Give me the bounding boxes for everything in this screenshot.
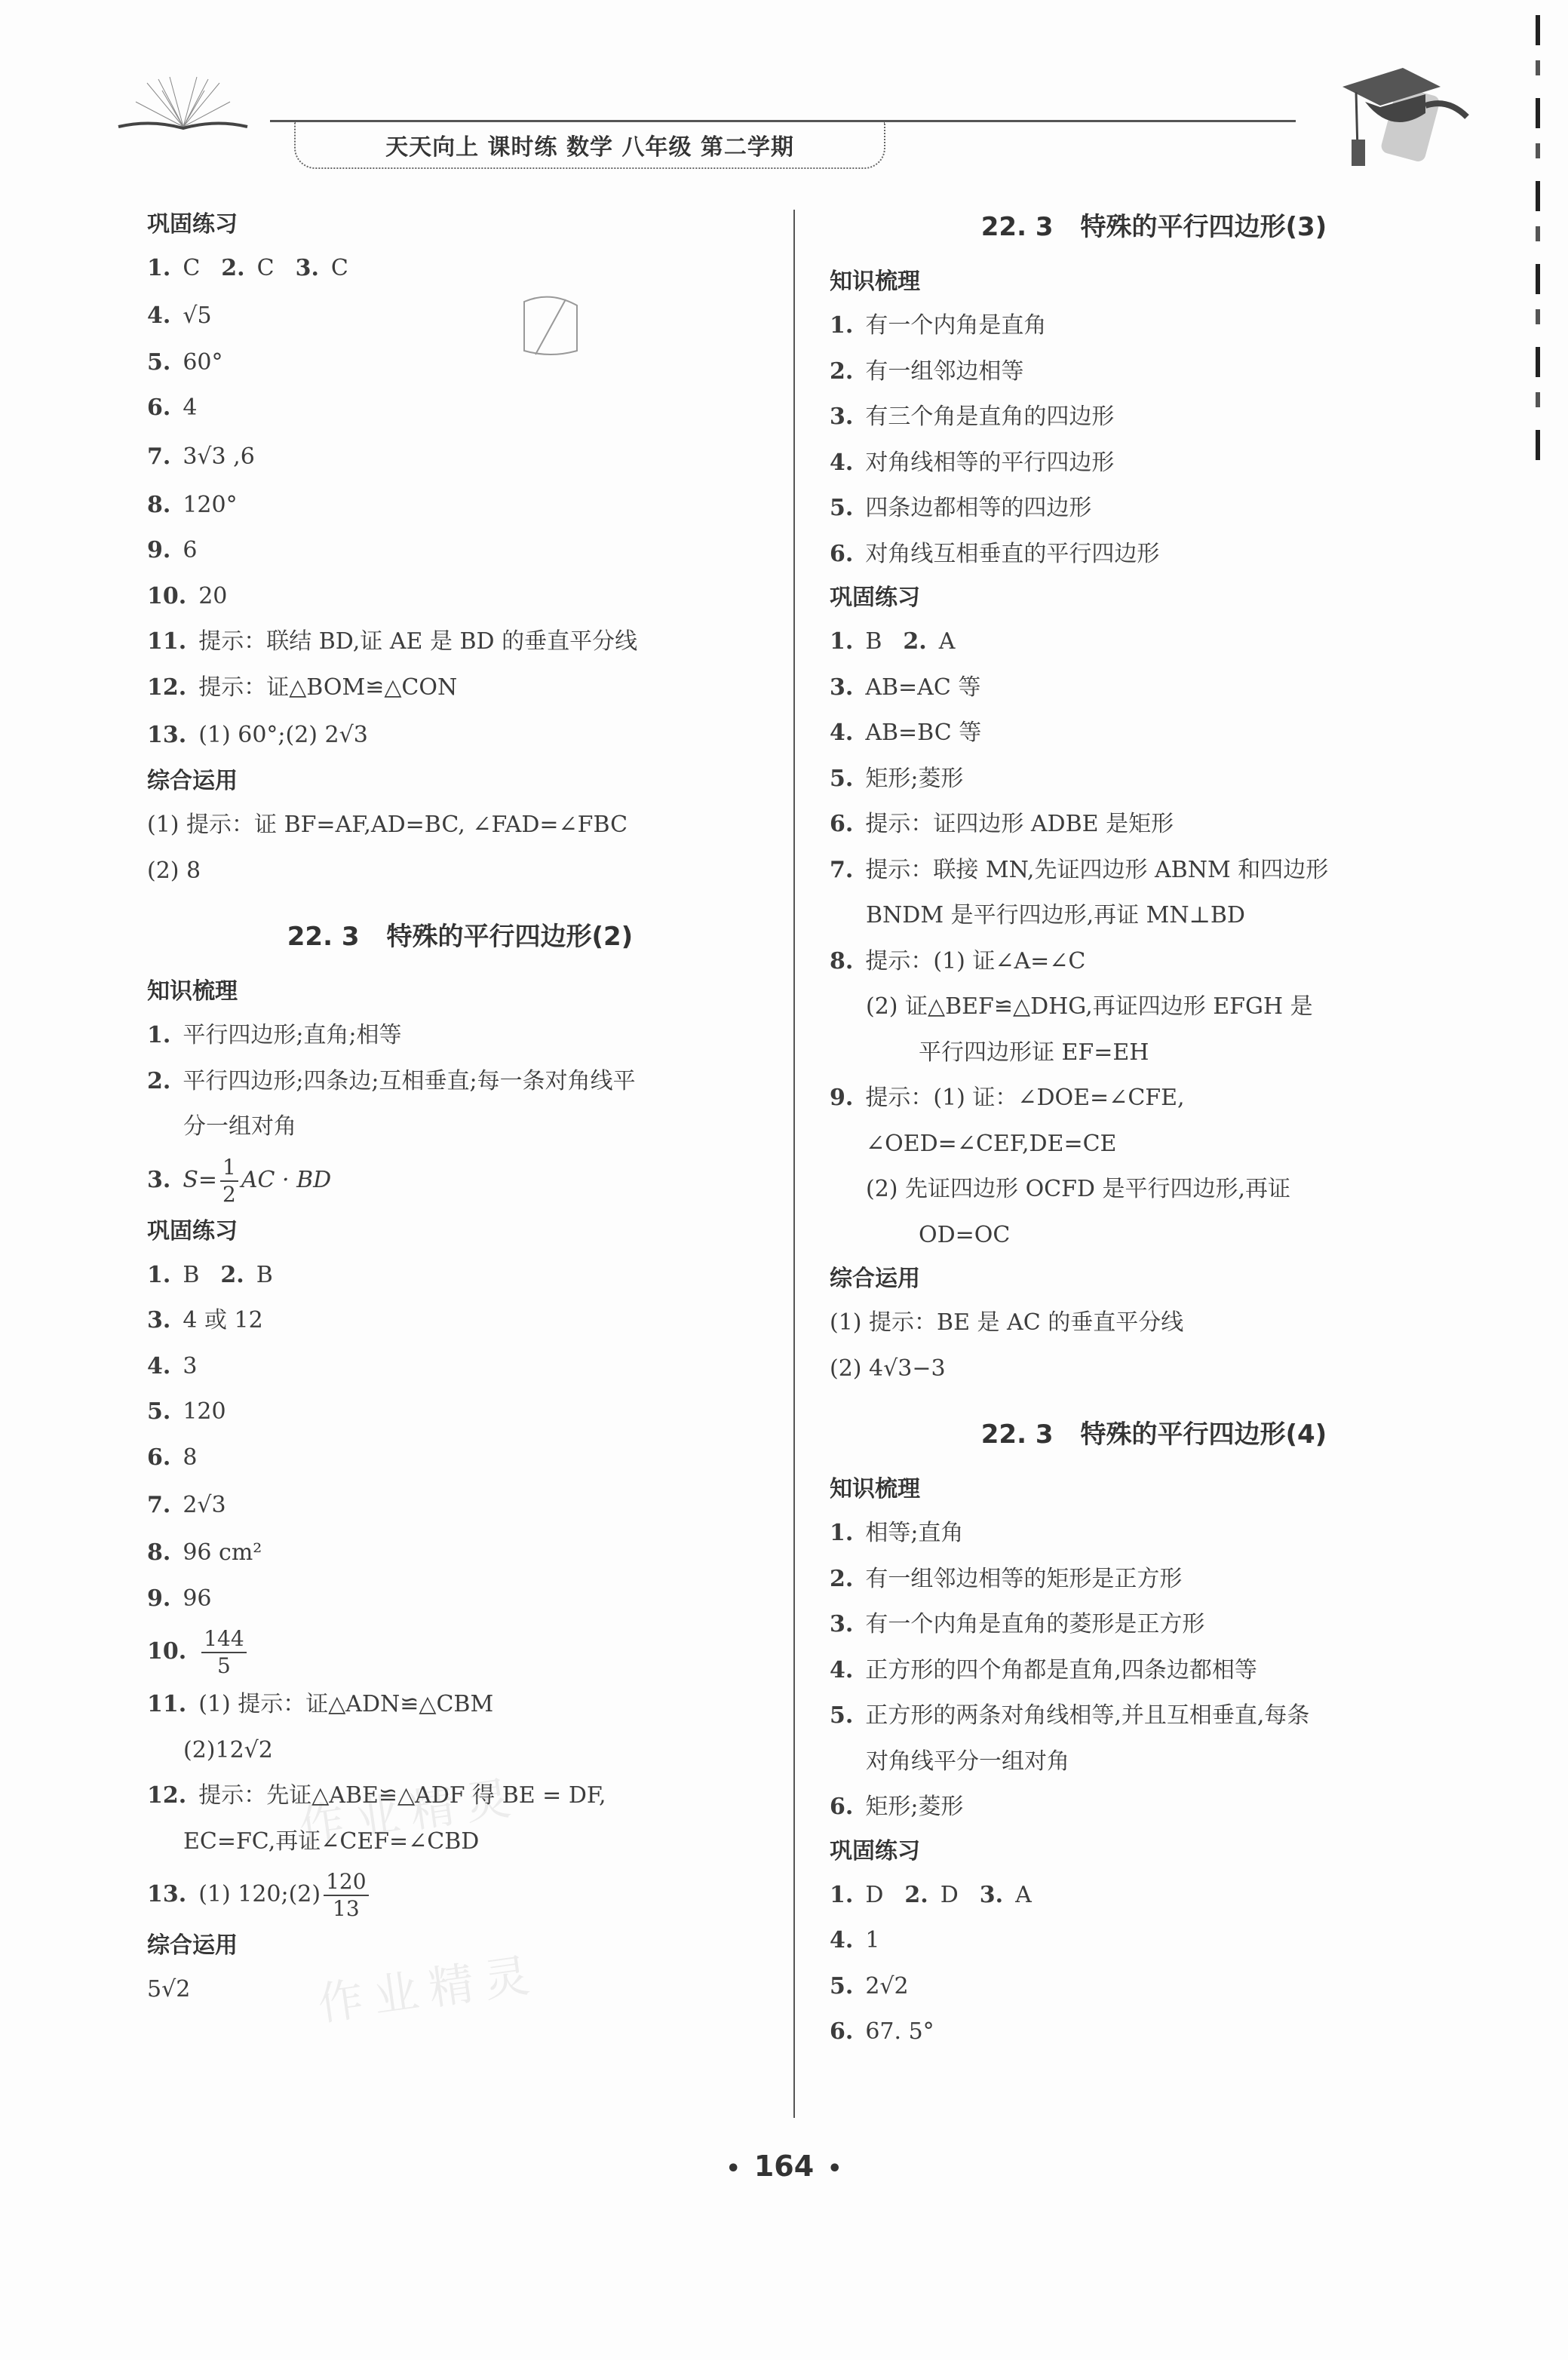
answer-line: 3.AB=AC 等 — [830, 665, 1478, 711]
answer-line: 5.60° — [147, 340, 773, 386]
answer-line: 7.提示：联接 MN,先证四边形 ABNM 和四边形 — [830, 848, 1478, 894]
answer-line: 1.相等;直角 — [830, 1511, 1478, 1557]
subheading-knowledge: 知识梳理 — [830, 261, 1478, 303]
answer-line: 3.有三个角是直角的四边形 — [830, 394, 1478, 440]
scan-edge — [1536, 15, 1540, 468]
answer-line: 5.矩形;菱形 — [830, 756, 1478, 803]
answer-line: 9.96 — [147, 1576, 773, 1622]
answer-line: 8.96 cm² — [147, 1530, 773, 1576]
answer-line: 13.(1) 120;(2)12013 — [147, 1864, 773, 1925]
bullet-icon: • — [827, 2156, 842, 2182]
left-column: 巩固练习 1.C2.C3.C 4.√5 5.60° 6.4 7.3√3 ,6 8… — [147, 204, 773, 2013]
page-footer: •164• — [0, 2150, 1568, 2183]
answer-line: 7.2√3 — [147, 1481, 773, 1530]
answer-line: 1.D2.D3.A — [830, 1873, 1478, 1919]
subheading-practice: 巩固练习 — [147, 204, 773, 246]
answer-line: 1.C2.C3.C — [147, 246, 773, 292]
answer-line-continued: (2) 先证四边形 OCFD 是平行四边形,再证 — [830, 1167, 1478, 1213]
answer-line: 6.对角线互相垂直的平行四边形 — [830, 532, 1478, 578]
book-title: 天天向上 课时练 数学 八年级 第二学期 — [385, 128, 794, 161]
section-title: 22. 3特殊的平行四边形(4) — [830, 1411, 1478, 1458]
answer-line: 6.4 — [147, 385, 773, 431]
answer-line: 1.B2.A — [830, 619, 1478, 665]
right-column: 22. 3特殊的平行四边形(3) 知识梳理 1.有一个内角是直角 2.有一组邻边… — [830, 204, 1478, 2055]
answer-line: 4.√5 — [147, 292, 773, 340]
answer-line: 4.对角线相等的平行四边形 — [830, 440, 1478, 486]
answer-line: (1) 提示：BE 是 AC 的垂直平分线 — [830, 1300, 1478, 1346]
subheading-practice: 巩固练习 — [830, 577, 1478, 619]
subheading-apply: 综合运用 — [830, 1258, 1478, 1300]
answer-line: 10.20 — [147, 574, 773, 620]
subheading-knowledge: 知识梳理 — [830, 1468, 1478, 1511]
answer-line: 1.有一个内角是直角 — [830, 303, 1478, 349]
graduation-cap-icon — [1320, 60, 1478, 173]
answer-line-continued: 平行四边形证 EF=EH — [830, 1030, 1478, 1076]
subheading-knowledge: 知识梳理 — [147, 971, 773, 1013]
answer-line-continued: ∠OED=∠CEF,DE=CE — [830, 1122, 1478, 1168]
answer-line: 2.有一组邻边相等的矩形是正方形 — [830, 1557, 1478, 1603]
open-book-icon — [117, 75, 249, 132]
subheading-apply: 综合运用 — [147, 760, 773, 803]
answer-line-continued: EC=FC,再证∠CEF=∠CBD — [147, 1819, 773, 1865]
answer-line: (2) 8 — [147, 849, 773, 895]
answer-line: 3.有一个内角是直角的菱形是正方形 — [830, 1602, 1478, 1648]
bullet-icon: • — [726, 2156, 741, 2182]
answer-line-continued: 对角线平分一组对角 — [830, 1739, 1478, 1785]
answer-line: 13.(1) 60°;(2) 2√3 — [147, 710, 773, 760]
answer-line: 10.1445 — [147, 1622, 773, 1682]
fraction: 12013 — [324, 1869, 368, 1922]
fraction: 12 — [220, 1155, 238, 1208]
answer-line: 6.67. 5° — [830, 2009, 1478, 2055]
answer-line: 4.1 — [830, 1918, 1478, 1964]
answer-line: 5√2 — [147, 1967, 773, 2013]
subheading-apply: 综合运用 — [147, 1925, 773, 1967]
page-number: 164 — [754, 2150, 814, 2183]
answer-line: (2) 4√3−3 — [830, 1346, 1478, 1392]
column-divider — [793, 210, 795, 2118]
section-title: 22. 3特殊的平行四边形(3) — [830, 204, 1478, 250]
answer-line: 3.S=12AC · BD — [147, 1150, 773, 1211]
answer-line: 6.提示：证四边形 ADBE 是矩形 — [830, 802, 1478, 848]
answer-line: 7.3√3 ,6 — [147, 431, 773, 483]
answer-line: 6.矩形;菱形 — [830, 1785, 1478, 1831]
answer-line: 1.B2.B — [147, 1253, 773, 1299]
answer-line: 11.(1) 提示：证△ADN≌△CBM — [147, 1682, 773, 1728]
answer-line: 5.2√2 — [830, 1964, 1478, 2010]
answer-line: 5.120 — [147, 1389, 773, 1435]
answer-line: 6.8 — [147, 1435, 773, 1481]
answer-line: 9.提示：(1) 证：∠DOE=∠CFE, — [830, 1076, 1478, 1122]
subheading-practice: 巩固练习 — [147, 1211, 773, 1253]
page-header: 天天向上 课时练 数学 八年级 第二学期 — [0, 0, 1568, 196]
answer-line: 5.正方形的两条对角线相等,并且互相垂直,每条 — [830, 1693, 1478, 1739]
answer-line: 1.平行四边形;直角;相等 — [147, 1013, 773, 1059]
answer-line: 2.有一组邻边相等 — [830, 349, 1478, 395]
answer-line-continued: OD=OC — [830, 1213, 1478, 1259]
answer-line: 8.提示：(1) 证∠A=∠C — [830, 939, 1478, 985]
answer-line-continued: (2) 证△BEF≌△DHG,再证四边形 EFGH 是 — [830, 984, 1478, 1030]
answer-line: 4.AB=BC 等 — [830, 710, 1478, 756]
answer-line-continued: (2)12√2 — [147, 1728, 773, 1774]
subheading-practice: 巩固练习 — [830, 1831, 1478, 1873]
answer-line: 3.4 或 12 — [147, 1298, 773, 1344]
answer-line: 4.正方形的四个角都是直角,四条边都相等 — [830, 1648, 1478, 1694]
answer-line: 12.提示：先证△ABE≌△ADF 得 BE = DF, — [147, 1773, 773, 1819]
answer-line: 5.四条边都相等的四边形 — [830, 486, 1478, 532]
answer-line-continued: 分一组对角 — [147, 1104, 773, 1150]
answer-line: 12.提示：证△BOM≌△CON — [147, 665, 773, 711]
answer-line: 11.提示：联结 BD,证 AE 是 BD 的垂直平分线 — [147, 619, 773, 665]
fraction: 1445 — [201, 1626, 246, 1679]
answer-line: 2.平行四边形;四条边;互相垂直;每一条对角线平 — [147, 1059, 773, 1105]
answer-line: (1) 提示：证 BF=AF,AD=BC, ∠FAD=∠FBC — [147, 803, 773, 849]
answer-line-continued: BNDM 是平行四边形,再证 MN⊥BD — [830, 893, 1478, 939]
answer-line: 4.3 — [147, 1344, 773, 1390]
book-title-banner: 天天向上 课时练 数学 八年级 第二学期 — [294, 122, 885, 169]
answer-line: 9.6 — [147, 528, 773, 574]
answer-line: 8.120° — [147, 483, 773, 529]
section-title: 22. 3特殊的平行四边形(2) — [147, 913, 773, 960]
